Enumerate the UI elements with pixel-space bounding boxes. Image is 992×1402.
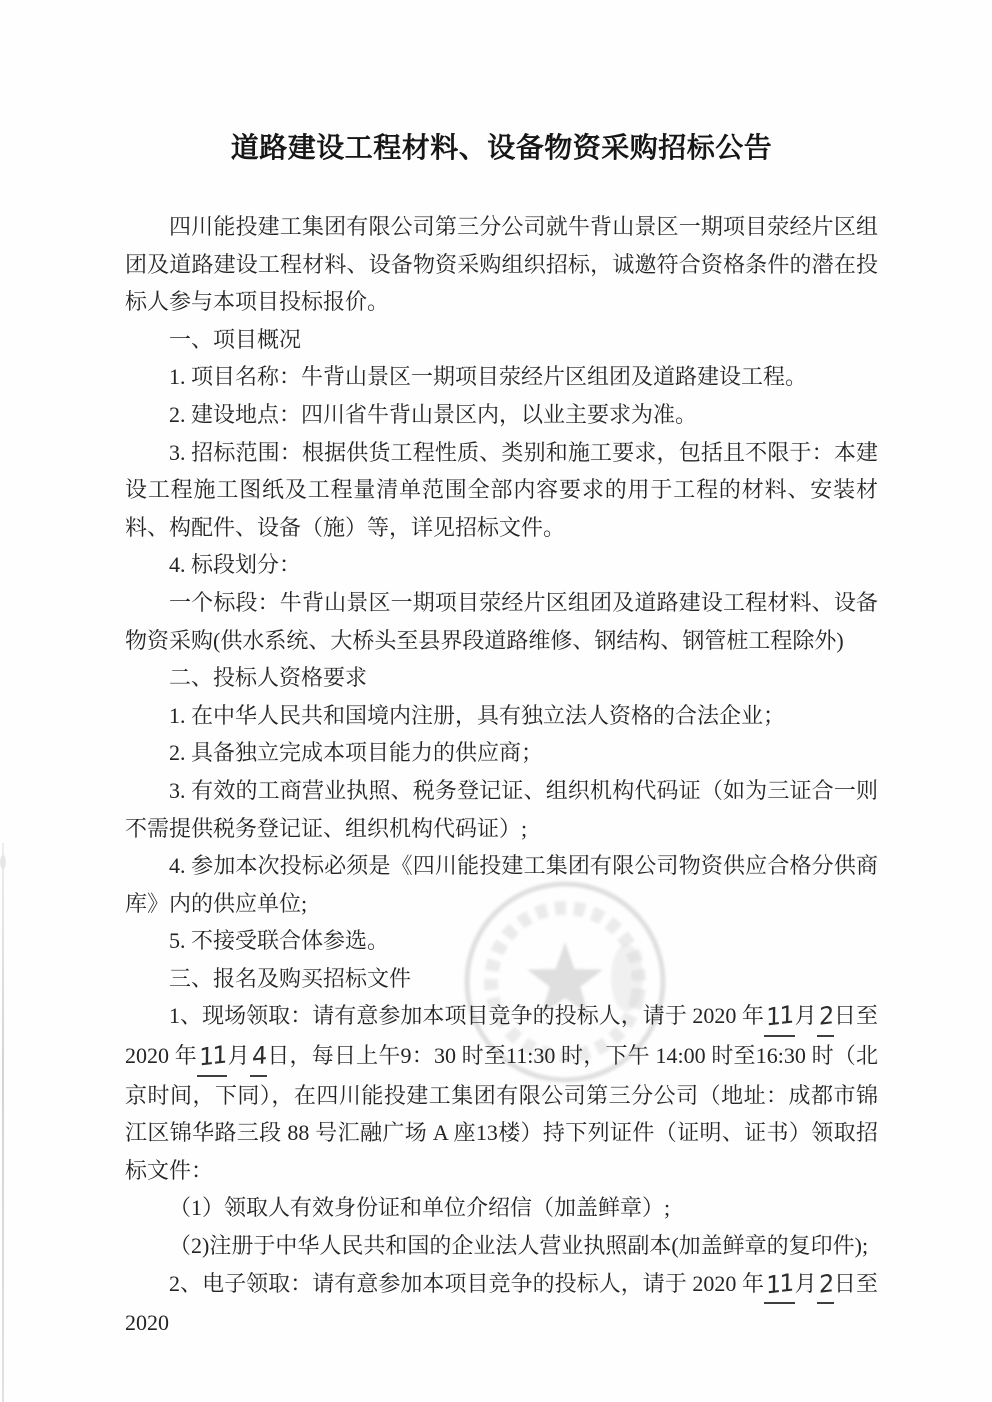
qualification-2: 2. 具备独立完成本项目能力的供应商；: [125, 734, 878, 772]
handwritten-month-blank: 11: [764, 1265, 795, 1305]
handwritten-day-blank: 2: [817, 997, 834, 1037]
electronic-pickup-paragraph: 2、电子领取：请有意参加本项目竞争的投标人，请于 2020 年11月2日至 20…: [125, 1265, 878, 1342]
qualification-3: 3. 有效的工商营业执照、税务登记证、组织机构代码证（如为三证合一则不需提供税务…: [125, 772, 878, 847]
onsite-pickup-paragraph: 1、现场领取：请有意参加本项目竞争的投标人，请于 2020 年11月2日至 20…: [125, 997, 878, 1189]
text-segment: 月: [795, 1271, 817, 1296]
handwritten-month-blank: 11: [764, 997, 795, 1037]
handwritten-month: 11: [199, 1037, 226, 1078]
handwritten-day-blank: 2: [817, 1265, 834, 1305]
text-segment: 1、现场领取：请有意参加本项目竞争的投标人，请于 2020 年: [169, 1003, 764, 1028]
page-title: 道路建设工程材料、设备物资采购招标公告: [125, 128, 878, 168]
qualification-1: 1. 在中华人民共和国境内注册，具有独立法人资格的合法企业；: [125, 697, 878, 735]
item-project-name: 1. 项目名称：牛背山景区一期项目荥经片区组团及道路建设工程。: [125, 358, 878, 396]
handwritten-day-blank: 4: [250, 1037, 267, 1077]
item-scope: 3. 招标范围：根据供货工程性质、类别和施工要求，包括且不限于：本建设工程施工图…: [125, 434, 878, 547]
qualification-5: 5. 不接受联合体参选。: [125, 922, 878, 960]
text-segment: 月: [795, 1003, 817, 1028]
scan-artifact-line: [2, 843, 4, 1402]
handwritten-month: 11: [766, 1264, 793, 1305]
text-segment: 2、电子领取：请有意参加本项目竞争的投标人，请于 2020 年: [169, 1271, 764, 1296]
lot-description: 一个标段：牛背山景区一期项目荥经片区组团及道路建设工程材料、设备物资采购(供水系…: [125, 584, 878, 659]
section-2-heading: 二、投标人资格要求: [125, 659, 878, 697]
qualification-4: 4. 参加本次投标必须是《四川能投建工集团有限公司物资供应合格分供商库》内的供应…: [125, 847, 878, 922]
handwritten-day: 2: [818, 998, 832, 1037]
credential-1: （1）领取人有效身份证和单位介绍信（加盖鲜章）;: [125, 1189, 878, 1227]
item-lot-division: 4. 标段划分：: [125, 546, 878, 584]
text-segment: 月: [227, 1043, 249, 1068]
item-location: 2. 建设地点：四川省牛背山景区内，以业主要求为准。: [125, 396, 878, 434]
handwritten-day: 4: [252, 1037, 266, 1076]
handwritten-month: 11: [766, 997, 793, 1038]
credential-2: （2)注册于中华人民共和国的企业法人营业执照副本(加盖鲜章的复印件);: [125, 1227, 878, 1265]
intro-paragraph: 四川能投建工集团有限公司第三分公司就牛背山景区一期项目荥经片区组团及道路建设工程…: [125, 208, 878, 321]
document-page: 道路建设工程材料、设备物资采购招标公告 四川能投建工集团有限公司第三分公司就牛背…: [125, 128, 878, 1342]
handwritten-day: 2: [818, 1265, 832, 1304]
handwritten-month-blank: 11: [197, 1037, 228, 1077]
scan-artifact-smudge: [0, 855, 6, 869]
section-1-heading: 一、项目概况: [125, 321, 878, 359]
section-3-heading: 三、报名及购买招标文件: [125, 960, 878, 998]
